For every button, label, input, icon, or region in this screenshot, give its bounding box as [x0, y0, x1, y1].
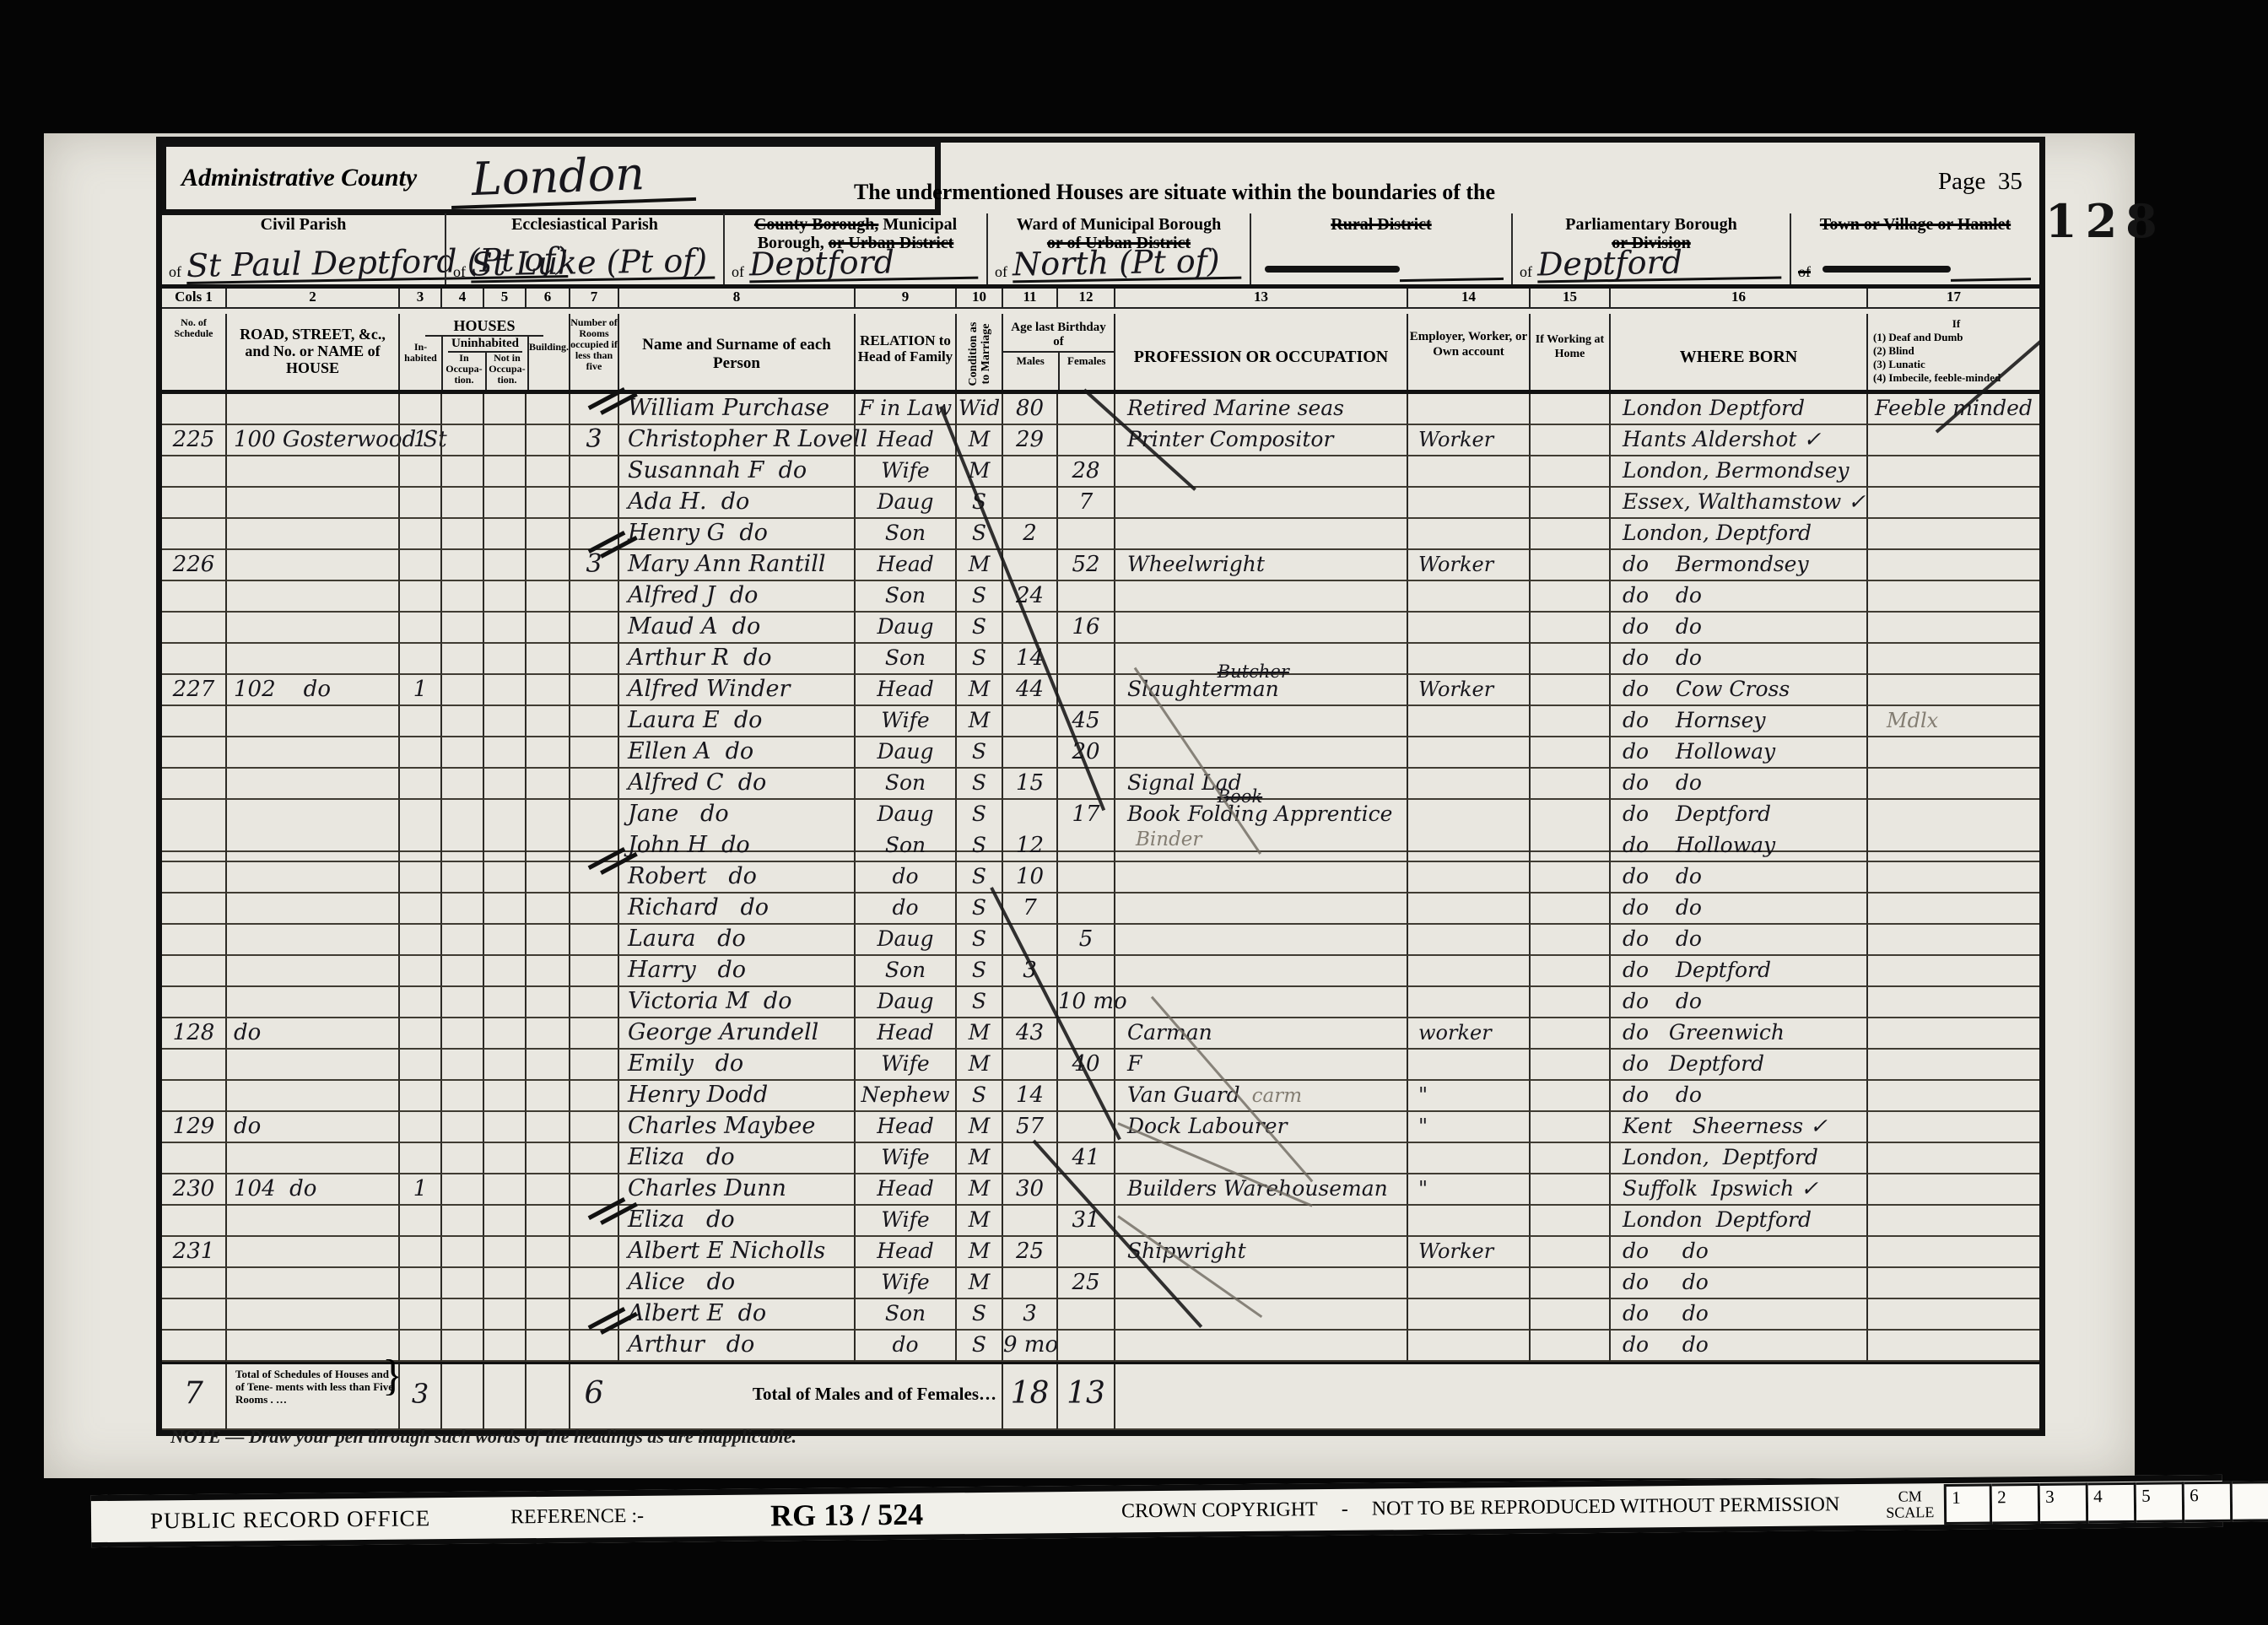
building-cell: [525, 831, 569, 862]
census-row: Albert E do Son S 3 do do: [162, 1299, 2039, 1331]
age-females-cell: [1056, 1237, 1114, 1268]
occupation-cell: Wheelwright: [1114, 550, 1407, 581]
census-row: Richard do do S 7 do do: [162, 893, 2039, 925]
name-cell: Emily do: [618, 1050, 854, 1081]
uninhabited-notocc-cell: [483, 644, 525, 675]
census-row: Henry G do Son S 2 London, Deptford: [162, 519, 2039, 550]
col-header-infirmity: If (1) Deaf and Dumb (2) Blind (3) Lunat…: [1866, 314, 2039, 391]
cm-scale-cell: 4: [2088, 1482, 2136, 1523]
occupation-cell: Printer Compositor: [1114, 425, 1407, 456]
occupation-cell: [1114, 862, 1407, 893]
occupation-cell: Retired Marine seas: [1114, 394, 1407, 425]
employer-cell: [1407, 862, 1529, 893]
reference-number: RG 13 / 524: [770, 1496, 923, 1533]
age-males-cell: 30: [1002, 1174, 1056, 1206]
uninhabited-notocc-cell: [483, 1331, 525, 1362]
schedule-number-cell: [162, 956, 225, 987]
infirmity-cell: [1866, 456, 2039, 488]
relation-cell: Son: [854, 519, 955, 550]
inhabited-cell: [398, 925, 440, 956]
age-males-cell: 3: [1002, 1299, 1056, 1331]
uninhabited-notocc-cell: [483, 831, 525, 862]
ecclesiastical-parish-value: St Luke (Pt of): [471, 244, 715, 283]
employer-cell: [1407, 581, 1529, 613]
census-row: Robert do do S 10 do do: [162, 862, 2039, 893]
working-at-home-cell: [1529, 675, 1609, 706]
schedule-number-cell: [162, 893, 225, 925]
inhabited-cell: [398, 1206, 440, 1237]
condition-cell: M: [955, 1112, 1002, 1143]
schedule-number-cell: [162, 737, 225, 769]
age-males-cell: 80: [1002, 394, 1056, 425]
infirmity-cell: [1866, 1112, 2039, 1143]
working-at-home-cell: [1529, 831, 1609, 862]
building-cell: [525, 1143, 569, 1174]
jurisdiction-fields: Civil Parish of St Paul Deptford (Pt of)…: [162, 213, 2039, 284]
col-header-road: ROAD, STREET, &c., and No. or NAME of HO…: [225, 314, 398, 391]
col-number-10: 10: [955, 289, 1002, 309]
building-cell: [525, 706, 569, 737]
building-cell: [525, 613, 569, 644]
working-at-home-cell: [1529, 550, 1609, 581]
col-number-5: 5: [483, 289, 525, 309]
municipal-borough-field: County Borough, Municipal Borough, or Ur…: [723, 213, 986, 284]
age-females-cell: 41: [1056, 1143, 1114, 1174]
working-at-home-cell: [1529, 1206, 1609, 1237]
employer-cell: [1407, 893, 1529, 925]
occupation-text: Van Guard: [1127, 1082, 1240, 1107]
occupation-text: Retired Marine seas: [1127, 396, 1344, 420]
uninhabited-occ-cell: [440, 613, 483, 644]
rooms-cell: [569, 925, 618, 956]
uninhabited-notocc-cell: [483, 956, 525, 987]
name-cell: Laura E do: [618, 706, 854, 737]
rooms-cell: [569, 737, 618, 769]
inhabited-cell: [398, 1112, 440, 1143]
working-at-home-cell: [1529, 1268, 1609, 1299]
condition-cell: M: [955, 1174, 1002, 1206]
condition-cell: S: [955, 1331, 1002, 1362]
condition-cell: S: [955, 769, 1002, 800]
inhabited-cell: [398, 1268, 440, 1299]
inhabited-cell: [398, 956, 440, 987]
working-at-home-cell: [1529, 425, 1609, 456]
rooms-cell: [569, 1018, 618, 1050]
address-cell: [225, 706, 398, 737]
where-born-cell: do Hornsey: [1609, 706, 1866, 737]
age-males-cell: 57: [1002, 1112, 1056, 1143]
infirmity-cell: [1866, 519, 2039, 550]
infirmity-cell: [1866, 1299, 2039, 1331]
address-cell: do: [225, 1112, 398, 1143]
rooms-cell: [569, 1331, 618, 1362]
age-females-cell: 10 mo: [1056, 987, 1114, 1018]
address-cell: [225, 1143, 398, 1174]
schedule-number-cell: [162, 706, 225, 737]
infirmity-cell: [1866, 1174, 2039, 1206]
inhabited-cell: [398, 737, 440, 769]
schedule-number-cell: 128: [162, 1018, 225, 1050]
working-at-home-cell: [1529, 1299, 1609, 1331]
schedule-number-cell: [162, 488, 225, 519]
relation-cell: Head: [854, 1237, 955, 1268]
col-number-15: 15: [1529, 289, 1609, 309]
uninhabited-notocc-cell: [483, 1299, 525, 1331]
uninhabited-occ-cell: [440, 893, 483, 925]
where-born-cell: do do: [1609, 581, 1866, 613]
occupation-text: F: [1127, 1051, 1142, 1076]
employer-cell: [1407, 488, 1529, 519]
census-page-scan: 128 Administrative County London The und…: [44, 133, 2135, 1478]
uninhabited-notocc-cell: [483, 769, 525, 800]
inhabited-cell: 1: [398, 1174, 440, 1206]
uninhabited-notocc-cell: [483, 893, 525, 925]
col-header-inhabited: In- habited: [400, 337, 441, 391]
parliamentary-borough-field: Parliamentary Borough or Division of Dep…: [1511, 213, 1790, 284]
uninhabited-notocc-cell: [483, 862, 525, 893]
pro-reference-bar: PUBLIC RECORD OFFICE REFERENCE :- RG 13 …: [91, 1475, 2222, 1547]
uninhabited-occ-cell: [440, 550, 483, 581]
condition-cell: S: [955, 862, 1002, 893]
name-cell: Albert E Nicholls: [618, 1237, 854, 1268]
condition-cell: S: [955, 987, 1002, 1018]
working-at-home-cell: [1529, 925, 1609, 956]
uninhabited-notocc-cell: [483, 706, 525, 737]
uninhabited-notocc-cell: [483, 925, 525, 956]
uninhabited-notocc-cell: [483, 394, 525, 425]
working-at-home-cell: [1529, 862, 1609, 893]
occupation-cell: [1114, 1143, 1407, 1174]
working-at-home-cell: [1529, 519, 1609, 550]
relation-cell: Daug: [854, 925, 955, 956]
employer-cell: [1407, 1331, 1529, 1362]
inhabited-cell: [398, 1299, 440, 1331]
inhabited-cell: [398, 394, 440, 425]
schedule-number-cell: 129: [162, 1112, 225, 1143]
working-at-home-cell: [1529, 706, 1609, 737]
relation-cell: Head: [854, 425, 955, 456]
inhabited-cell: [398, 613, 440, 644]
where-born-cell: do do: [1609, 1237, 1866, 1268]
age-males-cell: [1002, 456, 1056, 488]
age-males-cell: [1002, 1206, 1056, 1237]
working-at-home-cell: [1529, 1331, 1609, 1362]
uninhabited-occ-cell: [440, 488, 483, 519]
name-cell: Victoria M do: [618, 987, 854, 1018]
census-row: Victoria M do Daug S 10 mo do do: [162, 987, 2039, 1018]
employer-cell: [1407, 644, 1529, 675]
uninhabited-occ-cell: [440, 925, 483, 956]
uninhabited-occ-cell: [440, 675, 483, 706]
folio-stamp: 128: [2045, 194, 2166, 248]
age-females-cell: [1056, 1112, 1114, 1143]
town-village-field: Town or Village or Hamlet of: [1790, 213, 2039, 284]
building-cell: [525, 925, 569, 956]
condition-cell: S: [955, 956, 1002, 987]
working-at-home-cell: [1529, 1143, 1609, 1174]
relation-cell: Head: [854, 550, 955, 581]
employer-cell: [1407, 769, 1529, 800]
administrative-county-box: Administrative County London: [160, 141, 941, 215]
building-cell: [525, 1237, 569, 1268]
building-cell: [525, 1268, 569, 1299]
where-born-cell: do Holloway: [1609, 831, 1866, 862]
total-schedules-label: Total of Schedules of Houses and of Tene…: [225, 1364, 398, 1430]
uninhabited-notocc-cell: [483, 1112, 525, 1143]
age-females-cell: [1056, 675, 1114, 706]
col-header-where-born: WHERE BORN: [1609, 314, 1866, 391]
relation-cell: Son: [854, 581, 955, 613]
schedule-number-cell: 230: [162, 1174, 225, 1206]
occupation-text: Wheelwright: [1127, 552, 1265, 576]
occupation-cell: [1114, 456, 1407, 488]
building-cell: [525, 1018, 569, 1050]
employer-cell: [1407, 1299, 1529, 1331]
col-header-occupation: PROFESSION OR OCCUPATION: [1114, 314, 1407, 391]
infirmity-pencil-note: Mdlx: [1887, 709, 1938, 732]
address-cell: [225, 1050, 398, 1081]
uninhabited-occ-cell: [440, 706, 483, 737]
relation-cell: do: [854, 862, 955, 893]
occupation-cell: [1114, 519, 1407, 550]
census-row: Maud A do Daug S 16 do do: [162, 613, 2039, 644]
crown-copyright-label: CROWN COPYRIGHT: [1121, 1498, 1318, 1523]
name-cell: Robert do: [618, 862, 854, 893]
census-row: 226 3 Mary Ann Rantill Head M 52 Wheelwr…: [162, 550, 2039, 581]
relation-cell: Wife: [854, 1206, 955, 1237]
schedule-number-cell: [162, 394, 225, 425]
condition-cell: M: [955, 425, 1002, 456]
occupation-cell: [1114, 581, 1407, 613]
condition-cell: S: [955, 1081, 1002, 1112]
occupation-cell: Builders Warehouseman: [1114, 1174, 1407, 1206]
age-males-cell: 43: [1002, 1018, 1056, 1050]
uninhabited-occ-cell: [440, 956, 483, 987]
working-at-home-cell: [1529, 987, 1609, 1018]
col-number-11: 11: [1002, 289, 1056, 309]
where-born-cell: London, Deptford: [1609, 519, 1866, 550]
infirmity-cell: [1866, 925, 2039, 956]
employer-cell: [1407, 519, 1529, 550]
building-cell: [525, 1331, 569, 1362]
uninhabited-notocc-cell: [483, 488, 525, 519]
uninhabited-occ-cell: [440, 1299, 483, 1331]
relation-cell: Son: [854, 831, 955, 862]
uninhabited-occ-cell: [440, 1331, 483, 1362]
uninhabited-occ-cell: [440, 987, 483, 1018]
building-cell: [525, 394, 569, 425]
where-born-cell: do do: [1609, 613, 1866, 644]
rooms-cell: [569, 1206, 618, 1237]
schedule-number-cell: [162, 1206, 225, 1237]
condition-cell: S: [955, 737, 1002, 769]
where-born-cell: do Holloway: [1609, 737, 1866, 769]
where-born-cell: do do: [1609, 893, 1866, 925]
cm-scale-cell: 3: [2040, 1482, 2088, 1524]
uninhabited-notocc-cell: [483, 1174, 525, 1206]
occupation-text: Carman: [1127, 1020, 1212, 1045]
working-at-home-cell: [1529, 1018, 1609, 1050]
age-males-cell: [1002, 706, 1056, 737]
working-at-home-cell: [1529, 1081, 1609, 1112]
rooms-cell: [569, 644, 618, 675]
condition-cell: M: [955, 675, 1002, 706]
col-number-13: 13: [1114, 289, 1407, 309]
relation-cell: Daug: [854, 737, 955, 769]
reference-label: REFERENCE :-: [510, 1505, 644, 1530]
relation-cell: Daug: [854, 613, 955, 644]
where-born-cell: do Deptford: [1609, 956, 1866, 987]
employer-cell: [1407, 956, 1529, 987]
inhabited-cell: [398, 1050, 440, 1081]
uninhabited-notocc-cell: [483, 1268, 525, 1299]
rooms-cell: [569, 706, 618, 737]
where-born-cell: do do: [1609, 1268, 1866, 1299]
condition-cell: M: [955, 1143, 1002, 1174]
where-born-cell: London, Deptford: [1609, 1143, 1866, 1174]
working-at-home-cell: [1529, 893, 1609, 925]
age-males-cell: [1002, 1268, 1056, 1299]
employer-cell: [1407, 1268, 1529, 1299]
totals-empty-c6: [525, 1364, 569, 1430]
census-row: 129 do Charles Maybee Head M 57 Dock Lab…: [162, 1112, 2039, 1143]
infirmity-cell: [1866, 550, 2039, 581]
col-number-16: 16: [1609, 289, 1866, 309]
age-males-cell: 14: [1002, 1081, 1056, 1112]
address-cell: [225, 1081, 398, 1112]
uninhabited-occ-cell: [440, 1237, 483, 1268]
col-number-1: Cols 1: [162, 289, 225, 309]
col-number-3: 3: [398, 289, 440, 309]
uninhabited-notocc-cell: [483, 675, 525, 706]
occupation-cell: [1114, 706, 1407, 737]
uninhabited-notocc-cell: [483, 737, 525, 769]
age-males-cell: 12: [1002, 831, 1056, 862]
census-row: 227 102 do 1 Alfred Winder Head M 44 But…: [162, 675, 2039, 706]
form-header: Administrative County London The underme…: [162, 143, 2039, 284]
infirmity-cell: [1866, 862, 2039, 893]
building-cell: [525, 675, 569, 706]
condition-cell: M: [955, 1050, 1002, 1081]
town-village-value: [1951, 278, 2031, 282]
address-cell: [225, 581, 398, 613]
inhabited-cell: [398, 706, 440, 737]
infirmity-cell: [1866, 769, 2039, 800]
rooms-cell: [569, 1112, 618, 1143]
relation-cell: Wife: [854, 1268, 955, 1299]
condition-cell: M: [955, 1268, 1002, 1299]
infirmity-cell: [1866, 831, 2039, 862]
relation-cell: Daug: [854, 488, 955, 519]
building-cell: [525, 1050, 569, 1081]
infirmity-cell: [1866, 1206, 2039, 1237]
infirmity-cell: [1866, 1237, 2039, 1268]
col-header-age: Age last Birthday of Males Females: [1002, 314, 1114, 391]
census-form: Administrative County London The underme…: [156, 137, 2045, 1436]
uninhabited-occ-cell: [440, 1143, 483, 1174]
inhabited-cell: [398, 987, 440, 1018]
rooms-cell: [569, 581, 618, 613]
census-row: Eliza do Wife M 41 London, Deptford: [162, 1143, 2039, 1174]
reproduction-notice: NOT TO BE REPRODUCED WITHOUT PERMISSION: [1372, 1493, 1840, 1520]
age-males-cell: 15: [1002, 769, 1056, 800]
where-born-cell: do do: [1609, 769, 1866, 800]
relation-cell: Head: [854, 1112, 955, 1143]
totals-empty-c5: [483, 1364, 525, 1430]
working-at-home-cell: [1529, 581, 1609, 613]
col-header-relation: RELATION to Head of Family: [854, 314, 955, 391]
inhabited-cell: [398, 456, 440, 488]
uninhabited-occ-cell: [440, 1206, 483, 1237]
age-females-cell: [1056, 1331, 1114, 1362]
address-cell: [225, 644, 398, 675]
census-row: Alfred J do Son S 24 do do: [162, 581, 2039, 613]
census-row: Laura do Daug S 5 do do: [162, 925, 2039, 956]
relation-cell: Wife: [854, 1143, 955, 1174]
rooms-cell: [569, 456, 618, 488]
census-row: Emily do Wife M 40 F do Deptford: [162, 1050, 2039, 1081]
inhabited-cell: [398, 1018, 440, 1050]
total-females: 13: [1056, 1364, 1114, 1430]
civil-parish-field: Civil Parish of St Paul Deptford (Pt of): [162, 213, 445, 284]
age-females-cell: [1056, 581, 1114, 613]
address-cell: [225, 550, 398, 581]
relation-cell: Son: [854, 956, 955, 987]
uninhabited-occ-cell: [440, 394, 483, 425]
col-number-7: 7: [569, 289, 618, 309]
occupation-cell: [1114, 613, 1407, 644]
building-cell: [525, 737, 569, 769]
where-born-cell: do Cow Cross: [1609, 675, 1866, 706]
uninhabited-notocc-cell: [483, 425, 525, 456]
age-females-cell: 28: [1056, 456, 1114, 488]
address-cell: [225, 1299, 398, 1331]
address-cell: [225, 488, 398, 519]
where-born-cell: do Bermondsey: [1609, 550, 1866, 581]
name-cell: Alfred C do: [618, 769, 854, 800]
infirmity-cell: [1866, 675, 2039, 706]
name-cell: Henry G do: [618, 519, 854, 550]
working-at-home-cell: [1529, 1050, 1609, 1081]
where-born-cell: do do: [1609, 925, 1866, 956]
census-row: 128 do George Arundell Head M 43 Carman …: [162, 1018, 2039, 1050]
where-born-cell: Hants Aldershot ✓: [1609, 425, 1866, 456]
schedule-number-cell: 225: [162, 425, 225, 456]
occupation-cell: [1114, 831, 1407, 862]
col-number-4: 4: [440, 289, 483, 309]
infirmity-cell: Feeble minded: [1866, 394, 2039, 425]
uninhabited-notocc-cell: [483, 1081, 525, 1112]
census-row: Arthur do do S 9 mo do do: [162, 1331, 2039, 1362]
schedule-number-cell: 226: [162, 550, 225, 581]
where-born-cell: do Deptford: [1609, 1050, 1866, 1081]
address-cell: [225, 1268, 398, 1299]
schedule-number-cell: [162, 1081, 225, 1112]
address-cell: [225, 1206, 398, 1237]
uninhabited-occ-cell: [440, 1268, 483, 1299]
occupation-cell: [1114, 488, 1407, 519]
uninhabited-occ-cell: [440, 581, 483, 613]
infirmity-cell: [1866, 1268, 2039, 1299]
inhabited-cell: [398, 581, 440, 613]
col-header-name: Name and Surname of each Person: [618, 314, 854, 391]
census-row: Alfred C do Son S 15 Signal Lad do do: [162, 769, 2039, 800]
name-cell: George Arundell: [618, 1018, 854, 1050]
name-cell: Henry Dodd: [618, 1081, 854, 1112]
uninhabited-occ-cell: [440, 769, 483, 800]
schedule-number-cell: [162, 456, 225, 488]
infirmity-cell: [1866, 1018, 2039, 1050]
